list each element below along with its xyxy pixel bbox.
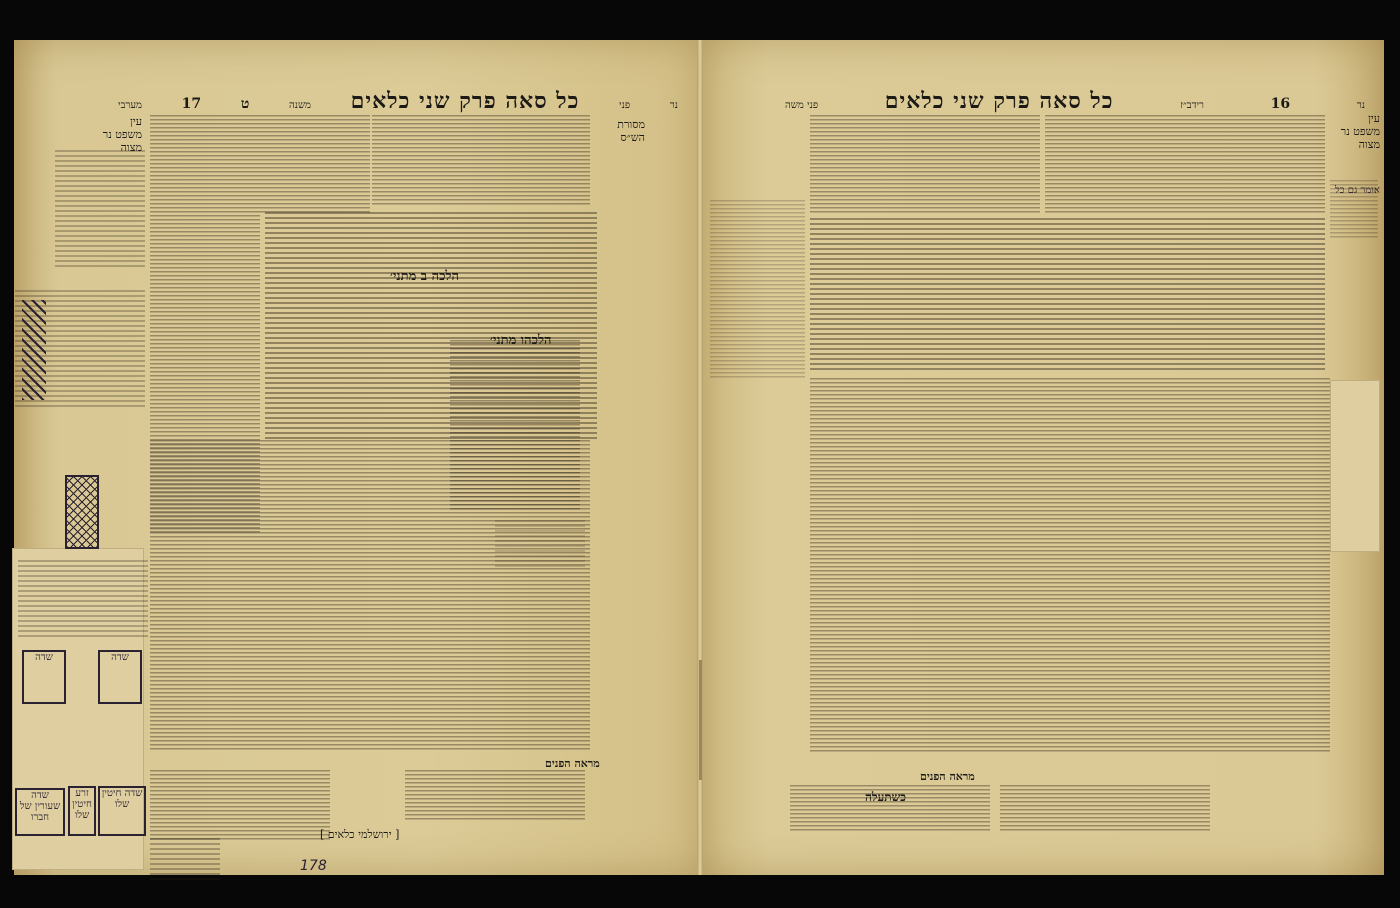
right-footer-block-b <box>1000 785 1210 833</box>
left-header-title: כל סאה פרק שני כלאים <box>351 88 580 114</box>
right-page-header: נר 16 רידב״ז כל סאה פרק שני כלאים פני מש… <box>785 88 1365 114</box>
handwritten-inline-notes <box>495 520 585 570</box>
right-pasted-paper-patch <box>1330 380 1380 552</box>
left-header-maaravi: מערבי <box>118 100 142 111</box>
hand-drawn-field-box-5: שדה שעורין של חברו <box>15 788 65 836</box>
right-commentary-top-right <box>1045 115 1325 215</box>
hand-drawn-crosshatch-diagram <box>65 475 99 549</box>
left-commentary-block-top <box>372 115 590 205</box>
right-header-ner: נר <box>1357 100 1365 111</box>
right-header-ridbaz: רידב״ז <box>1180 100 1204 111</box>
left-header-mishna: משנה <box>289 100 311 111</box>
right-footer-block-a <box>790 785 990 833</box>
left-mareh-hapanim-heading: מראה הפנים <box>545 757 600 770</box>
hand-drawn-field-box-4: זרע חיטין שלו <box>68 786 96 836</box>
left-header-ner: נר <box>670 100 678 111</box>
left-footer-block-b <box>405 770 585 820</box>
right-header-pnei-moshe: פני משה <box>785 100 818 111</box>
right-inner-handwritten-notes <box>710 200 805 380</box>
right-ein-mishpat-label: עין משפט נר מצוה <box>1338 112 1380 151</box>
handwritten-page-number: 178 <box>300 858 327 874</box>
left-page-header: נר פני כל סאה פרק שני כלאים משנה ט 17 מע… <box>118 88 678 114</box>
hand-drawn-zigzag-diagram <box>22 300 46 400</box>
paper-tear <box>699 660 702 780</box>
hand-drawn-field-box-2: שדה <box>98 650 142 704</box>
hand-drawn-field-box-3: שדה חיטין שלו <box>98 786 146 836</box>
hand-drawn-field-box-1: שדה <box>22 650 66 704</box>
left-lower-commentary <box>150 440 590 752</box>
right-lower-commentary <box>810 378 1330 753</box>
left-footer-yerushalmi: [ ירושלמי כלאים ] <box>320 828 399 841</box>
right-header-title: כל סאה פרק שני כלאים <box>885 88 1114 114</box>
right-mishna-text <box>810 218 1325 373</box>
right-mareh-hapanim-heading: מראה הפנים <box>920 770 975 783</box>
left-ein-mishpat-label: עין משפט נר מצוה <box>100 115 142 154</box>
handwritten-margin-notes-lower <box>18 560 148 640</box>
handwritten-margin-notes-top <box>55 150 145 270</box>
right-handwritten-top-note: אומר גם כל <box>1335 185 1380 196</box>
right-commentary-top-left <box>810 115 1040 215</box>
left-masoret-label: מסורת הש״ס <box>595 118 645 144</box>
left-header-page-number: 17 <box>182 96 201 112</box>
left-footer-block-a <box>150 770 330 840</box>
handwritten-bottom-notes <box>150 838 220 880</box>
left-header-pnei: פני <box>619 100 630 111</box>
left-header-numeral: ט <box>241 96 249 113</box>
right-header-page-number: 16 <box>1271 96 1290 112</box>
left-commentary-block-top-right <box>150 115 370 215</box>
